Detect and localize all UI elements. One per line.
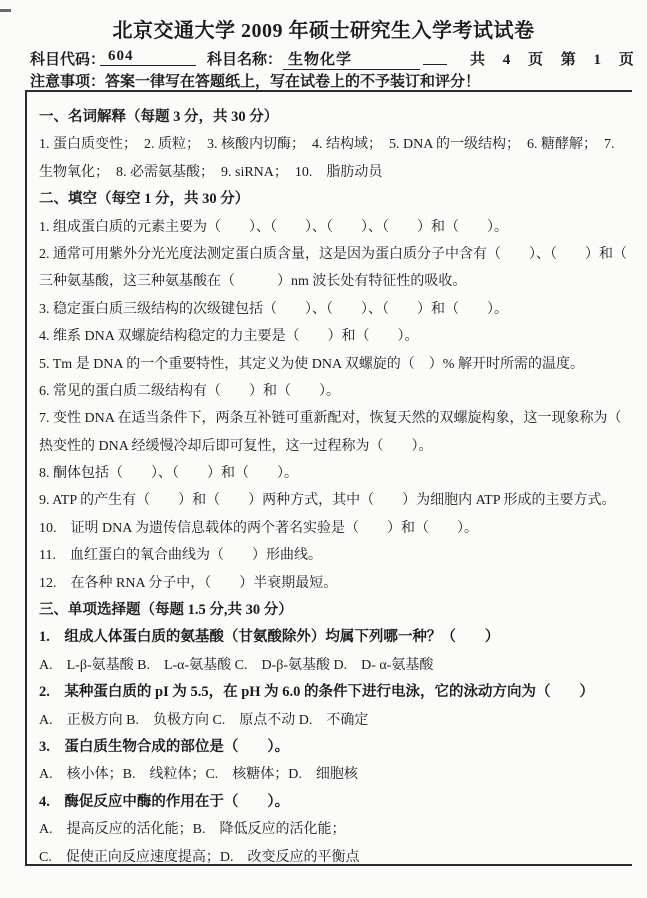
page-count: 共 4 页 第 1 页	[470, 48, 641, 69]
exam-line: 9. ATP 的产生有（ ）和（ ）两种方式，其中（ ）为细胞内 ATP 形成的…	[39, 487, 628, 514]
underline-segment	[423, 64, 447, 65]
notice-line: 注意事项：答案一律写在答题纸上，写在试卷上的不予装订和评分！	[30, 70, 480, 91]
exam-line: 三种氨基酸，这三种氨基酸在（ ）nm 波长处有特征性的吸收。	[39, 268, 628, 295]
exam-line: A. 提高反应的活化能；B. 降低反应的活化能；	[39, 816, 628, 843]
exam-line: 4. 维系 DNA 双螺旋结构稳定的力主要是（ ）和（ ）。	[39, 323, 628, 350]
exam-line: 12. 在各种 RNA 分子中，（ ）半衰期最短。	[39, 570, 628, 597]
exam-line: 10. 证明 DNA 为遗传信息载体的两个著名实验是（ ）和（ ）。	[39, 515, 628, 542]
exam-line: 5. Tm 是 DNA 的一个重要特性，其定义为使 DNA 双螺旋的（ ）% 解…	[39, 351, 628, 378]
subject-name-value: 生物化学	[283, 48, 420, 70]
exam-line: A. 核小体；B. 线粒体；C. 核糖体；D. 细胞核	[39, 761, 628, 788]
section-heading: 二、填空（每空 1 分，共 30 分）	[39, 186, 628, 213]
section-heading: 三、单项选择题（每题 1.5 分,共 30 分）	[39, 597, 628, 624]
exam-line: A. L-β-氨基酸 B. L-α-氨基酸 C. D-β-氨基酸 D. D- α…	[39, 652, 628, 679]
subject-code-label: 科目代码：	[30, 48, 105, 69]
exam-line: 4. 酶促反应中酶的作用在于（ ）。	[39, 789, 628, 816]
exam-line: 2. 通常可用紫外分光光度法测定蛋白质含量，这是因为蛋白质分子中含有（ ）、（ …	[39, 241, 628, 268]
exam-line: 8. 酮体包括（ ）、（ ）和（ ）。	[39, 460, 628, 487]
exam-paper: 北京交通大学 2009 年硕士研究生入学考试试卷 科目代码： 604 科目名称：…	[0, 0, 647, 898]
subject-meta-row: 科目代码： 604 科目名称： 生物化学 共 4 页 第 1 页	[0, 48, 647, 70]
page-title: 北京交通大学 2009 年硕士研究生入学考试试卷	[0, 14, 647, 43]
exam-line: 7. 变性 DNA 在适当条件下，两条互补链可重新配对，恢复天然的双螺旋构象，这…	[39, 405, 628, 432]
exam-line: C. 促使正向反应速度提高；D. 改变反应的平衡点	[39, 844, 628, 866]
exam-line: 2. 某种蛋白质的 pI 为 5.5，在 pH 为 6.0 的条件下进行电泳，它…	[39, 679, 628, 706]
exam-line: 1. 组成人体蛋白质的氨基酸（甘氨酸除外）均属下列哪一种？（ ）	[39, 624, 628, 651]
exam-line: 6. 常见的蛋白质二级结构有（ ）和（ ）。	[39, 378, 628, 405]
exam-line: 3. 稳定蛋白质三级结构的次级键包括（ ）、（ ）、（ ）和（ ）。	[39, 296, 628, 323]
exam-line: 11. 血红蛋白的氧合曲线为（ ）形曲线。	[39, 542, 628, 569]
exam-line: A. 正极方向 B. 负极方向 C. 原点不动 D. 不确定	[39, 707, 628, 734]
exam-line: 3. 蛋白质生物合成的部位是（ ）。	[39, 734, 628, 761]
exam-line: 生物氧化； 8. 必需氨基酸； 9. siRNA； 10. 脂肪动员	[39, 159, 628, 186]
subject-name-label: 科目名称：	[207, 48, 282, 69]
subject-code-value: 604	[100, 48, 196, 66]
scan-artifact-mark	[0, 9, 11, 12]
section-heading: 一、名词解释（每题 3 分，共 30 分）	[39, 104, 628, 131]
exam-line: 1. 组成蛋白质的元素主要为（ ）、（ ）、（ ）、（ ）和（ ）。	[39, 214, 628, 241]
exam-line: 1. 蛋白质变性； 2. 质粒； 3. 核酸内切酶； 4. 结构域； 5. DN…	[39, 131, 628, 158]
exam-line: 热变性的 DNA 经缓慢冷却后即可复性，这一过程称为（ ）。	[39, 433, 628, 460]
exam-body: 一、名词解释（每题 3 分，共 30 分）1. 蛋白质变性； 2. 质粒； 3.…	[25, 90, 632, 866]
